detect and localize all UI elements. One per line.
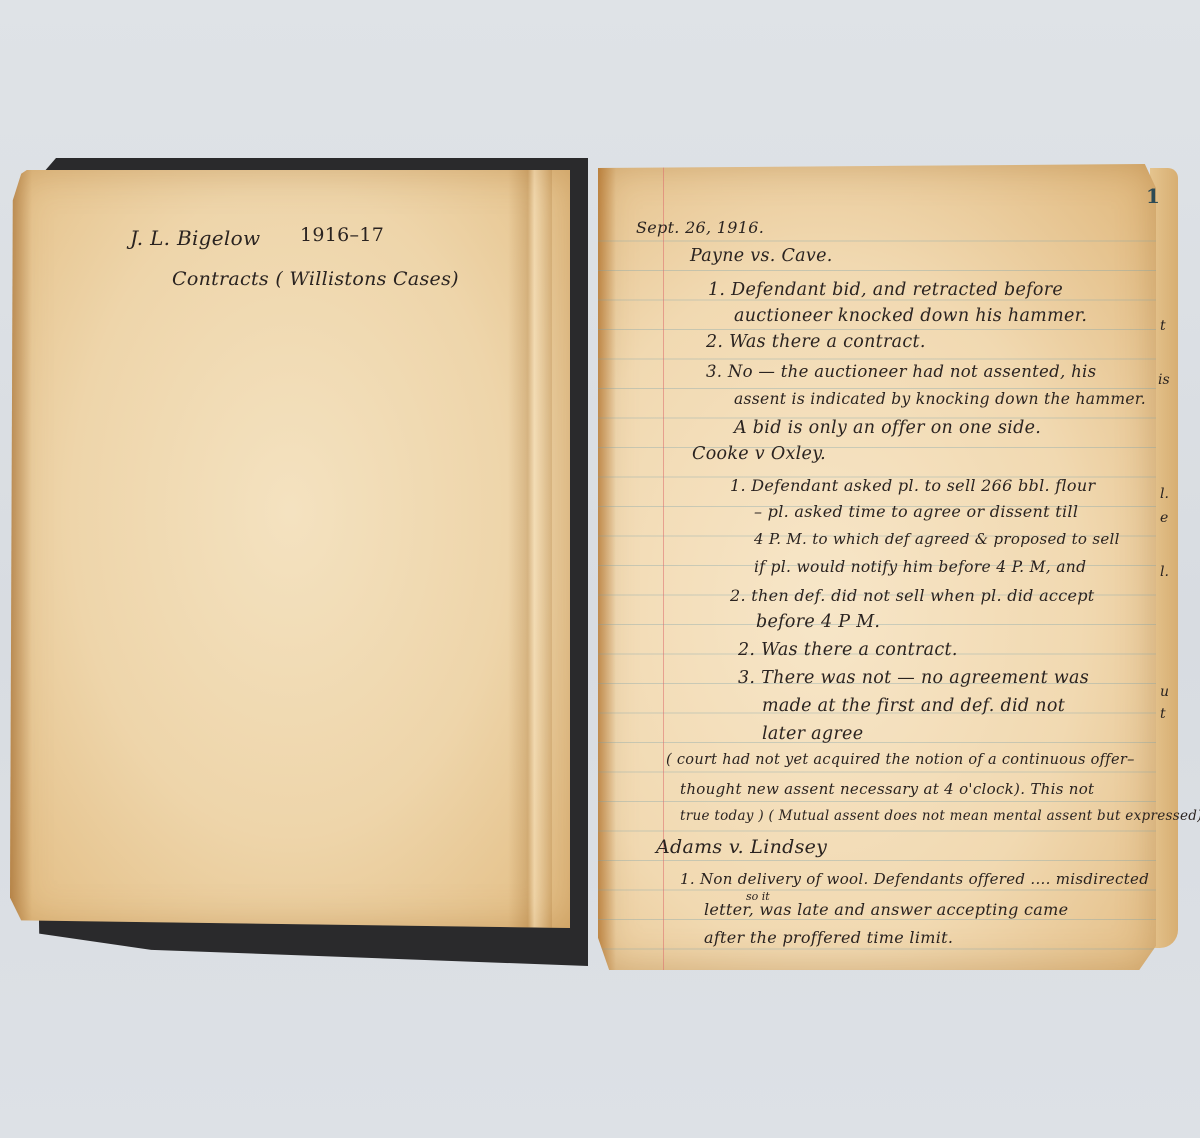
- edge-mark: l.: [1160, 486, 1169, 502]
- note-line: made at the first and def. did not: [762, 696, 1065, 716]
- note-line: auctioneer knocked down his hammer.: [734, 306, 1087, 326]
- note-line: assent is indicated by knocking down the…: [734, 390, 1146, 408]
- commentary-line: thought new assent necessary at 4 o'cloc…: [680, 780, 1094, 798]
- note-line: 3. There was not — no agreement was: [738, 668, 1089, 688]
- owner-signature: J. L. Bigelow: [130, 226, 260, 250]
- edge-mark: u: [1160, 684, 1169, 700]
- note-line: letter, was late and answer accepting ca…: [704, 900, 1068, 919]
- edge-mark: e: [1160, 510, 1168, 526]
- note-line: 4 P. M. to which def agreed & proposed t…: [754, 530, 1120, 548]
- note-line: 2. Was there a contract.: [706, 332, 926, 352]
- note-line: 3. No — the auctioneer had not assented,…: [706, 362, 1096, 381]
- entry-date: Sept. 26, 1916.: [636, 218, 764, 237]
- note-line: before 4 P M.: [756, 612, 880, 632]
- notebook-photo: J. L. Bigelow 1916–17 Contracts ( Willis…: [0, 0, 1200, 1138]
- case-title-payne-v-cave: Payne vs. Cave.: [690, 246, 833, 266]
- commentary-line: true today ) ( Mutual assent does not me…: [680, 808, 1200, 824]
- edge-mark: is: [1158, 372, 1170, 388]
- academic-year: 1916–17: [300, 224, 384, 246]
- case-title-adams-v-lindsey: Adams v. Lindsey: [656, 836, 827, 858]
- note-line: if pl. would notify him before 4 P. M, a…: [754, 558, 1086, 576]
- edge-mark: t: [1160, 706, 1166, 722]
- page-number: 1: [1146, 184, 1160, 208]
- note-line: after the proffered time limit.: [704, 928, 953, 947]
- note-line: A bid is only an offer on one side.: [734, 418, 1041, 438]
- note-line: 2. then def. did not sell when pl. did a…: [730, 586, 1095, 605]
- note-line: 2. Was there a contract.: [738, 640, 958, 660]
- note-line: 1. Non delivery of wool. Defendants offe…: [680, 870, 1149, 888]
- note-line: 1. Defendant bid, and retracted before: [708, 280, 1063, 300]
- note-line: 1. Defendant asked pl. to sell 266 bbl. …: [730, 476, 1095, 495]
- commentary-line: ( court had not yet acquired the notion …: [666, 752, 1135, 768]
- case-title-cooke-v-oxley: Cooke v Oxley.: [692, 444, 826, 464]
- course-title: Contracts ( Willistons Cases): [172, 268, 459, 290]
- note-line: – pl. asked time to agree or dissent til…: [754, 502, 1078, 521]
- edge-mark: t: [1160, 318, 1166, 334]
- note-line: later agree: [762, 724, 863, 744]
- edge-mark: l.: [1160, 564, 1169, 580]
